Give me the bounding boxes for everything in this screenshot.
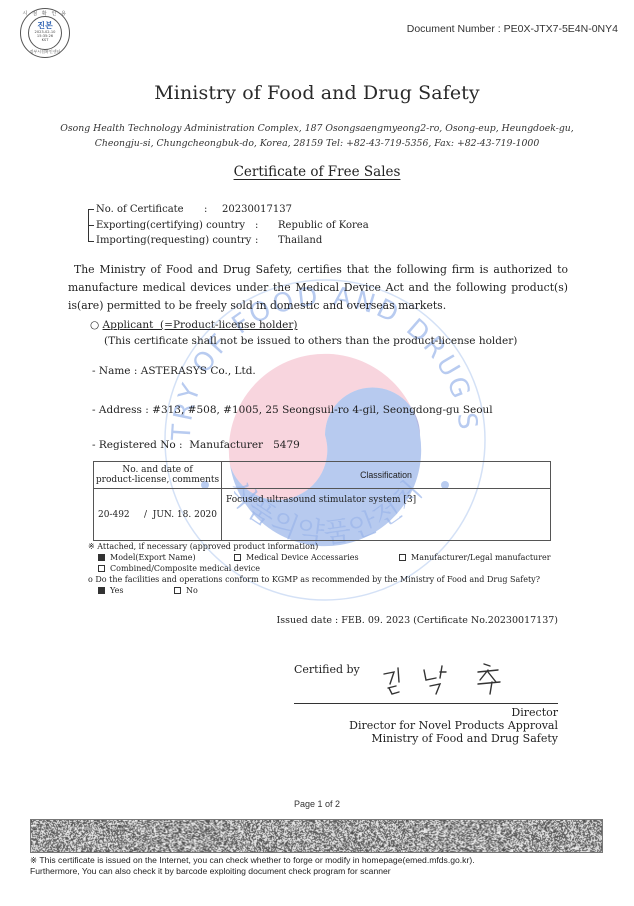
option-label: No xyxy=(186,586,198,595)
kgmp-options: Yes No xyxy=(88,585,588,596)
verification-stamp: 시 점 확 인 용 진본 2023-02-10 15:35:26 KST 정부시… xyxy=(20,8,70,58)
info-sep: : xyxy=(204,202,207,218)
cell-license: 20-492 / JUN. 18. 2020 xyxy=(94,489,222,541)
option-device-accessaries: Medical Device Accessaries xyxy=(234,552,359,563)
attached-options-row1: Model(Export Name) Medical Device Access… xyxy=(88,552,588,563)
director-signature xyxy=(380,660,520,700)
info-bracket-tick xyxy=(88,225,94,226)
name-value: ASTERASYS Co., Ltd. xyxy=(141,365,256,377)
info-sep: : xyxy=(255,233,258,249)
option-kgmp-no: No xyxy=(174,585,198,596)
name-label: - Name : xyxy=(92,365,137,377)
checkbox-unchecked-icon xyxy=(399,554,406,561)
info-value: Thailand xyxy=(278,233,322,249)
option-model-export-name: Model(Export Name) xyxy=(98,552,196,563)
checkbox-unchecked-icon xyxy=(98,565,105,572)
certification-statement: The Ministry of Food and Drug Safety, ce… xyxy=(68,261,568,315)
regno-label: - Registered No : xyxy=(92,439,183,451)
info-value: Republic of Korea xyxy=(278,218,369,234)
checkbox-unchecked-icon xyxy=(234,554,241,561)
kgmp-question: o Do the facilities and operations confo… xyxy=(88,574,588,585)
checkbox-checked-icon xyxy=(98,554,105,561)
ministry-title: Ministry of Food and Drug Safety xyxy=(0,82,634,104)
option-label: Yes xyxy=(110,586,123,595)
signer-block: Director Director for Novel Products App… xyxy=(349,706,558,745)
signer-department: Director for Novel Products Approval xyxy=(349,719,558,732)
footer-note-line2: Furthermore, You can also check it by ba… xyxy=(30,866,475,877)
applicant-note: (This certificate shall not be issued to… xyxy=(104,335,517,347)
applicant-heading-text: Applicant (=Product-license holder) xyxy=(103,319,298,331)
page-indicator: Page 1 of 2 xyxy=(0,799,634,809)
document-number-value: PE0X-JTX7-5E4N-0NY4 xyxy=(504,23,618,35)
applicant-heading: ○ Applicant (=Product-license holder) xyxy=(90,319,298,331)
attached-heading: ※ Attached, if necessary (approved produ… xyxy=(88,541,588,552)
info-label: No. of Certificate xyxy=(96,202,184,218)
applicant-registered-no: - Registered No : Manufacturer 5479 xyxy=(92,439,300,451)
checkbox-checked-icon xyxy=(98,587,105,594)
column-header-license-line1: No. and date of xyxy=(94,465,221,475)
stamp-zone: KST xyxy=(21,38,69,42)
option-label: Model(Export Name) xyxy=(110,553,196,562)
certificate-title: Certificate of Free Sales xyxy=(0,164,634,180)
verification-barcode xyxy=(30,819,603,853)
cell-classification: Focused ultrasound stimulator system [3] xyxy=(222,489,551,541)
attached-section: ※ Attached, if necessary (approved produ… xyxy=(88,541,588,596)
stamp-arc-bottom: 정부시점확인센터 xyxy=(21,49,69,55)
applicant-address: - Address : #313, #508, #1005, 25 Seongs… xyxy=(92,404,493,416)
option-label: Medical Device Accessaries xyxy=(246,553,359,562)
option-label: Manufacturer/Legal manufacturer xyxy=(411,553,551,562)
stamp-datetime: 2023-02-10 15:35:26 KST xyxy=(21,30,69,43)
document-number: Document Number : PE0X-JTX7-5E4N-0NY4 xyxy=(407,23,618,35)
option-manufacturer: Manufacturer/Legal manufacturer xyxy=(399,552,551,563)
address-value: #313, #508, #1005, 25 Seongsuil-ro 4-gil… xyxy=(152,404,493,416)
option-label: Combined/Composite medical device xyxy=(110,564,260,573)
document-number-label: Document Number : xyxy=(407,23,501,35)
ministry-address: Osong Health Technology Administration C… xyxy=(50,121,584,151)
column-header-classification: Classification xyxy=(222,462,551,489)
info-label: Importing(requesting) country xyxy=(96,233,251,249)
option-combined-device: Combined/Composite medical device xyxy=(98,563,260,574)
checkbox-unchecked-icon xyxy=(174,587,181,594)
ministry-address-line1: Osong Health Technology Administration C… xyxy=(50,121,584,136)
certificate-title-text: Certificate of Free Sales xyxy=(234,164,401,180)
info-bracket xyxy=(88,209,94,242)
footer-note-line1: ※ This certificate is issued on the Inte… xyxy=(30,855,475,866)
address-label: - Address : xyxy=(92,404,149,416)
regno-value: Manufacturer 5479 xyxy=(189,439,300,451)
column-header-license-line2: product-license, comments xyxy=(94,475,221,485)
bullet-icon: ○ xyxy=(90,319,99,331)
ministry-address-line2: Cheongju-si, Chungcheongbuk-do, Korea, 2… xyxy=(50,136,584,151)
signature-line xyxy=(294,703,558,704)
info-sep: : xyxy=(255,218,258,234)
table-row: 20-492 / JUN. 18. 2020 Focused ultrasoun… xyxy=(94,489,551,541)
attached-options-row2: Combined/Composite medical device xyxy=(88,563,588,574)
table-header-row: No. and date of product-license, comment… xyxy=(94,462,551,489)
signer-organization: Ministry of Food and Drug Safety xyxy=(349,732,558,745)
product-license-table: No. and date of product-license, comment… xyxy=(93,461,551,541)
info-value: 20230017137 xyxy=(222,202,292,218)
option-kgmp-yes: Yes xyxy=(98,585,123,596)
footer-note: ※ This certificate is issued on the Inte… xyxy=(30,855,475,877)
info-label: Exporting(certifying) country xyxy=(96,218,245,234)
certified-by-label: Certified by xyxy=(294,663,360,676)
issued-date: Issued date : FEB. 09. 2023 (Certificate… xyxy=(277,615,559,626)
column-header-license: No. and date of product-license, comment… xyxy=(94,462,222,489)
applicant-name: - Name : ASTERASYS Co., Ltd. xyxy=(92,365,256,377)
signer-title: Director xyxy=(349,706,558,719)
